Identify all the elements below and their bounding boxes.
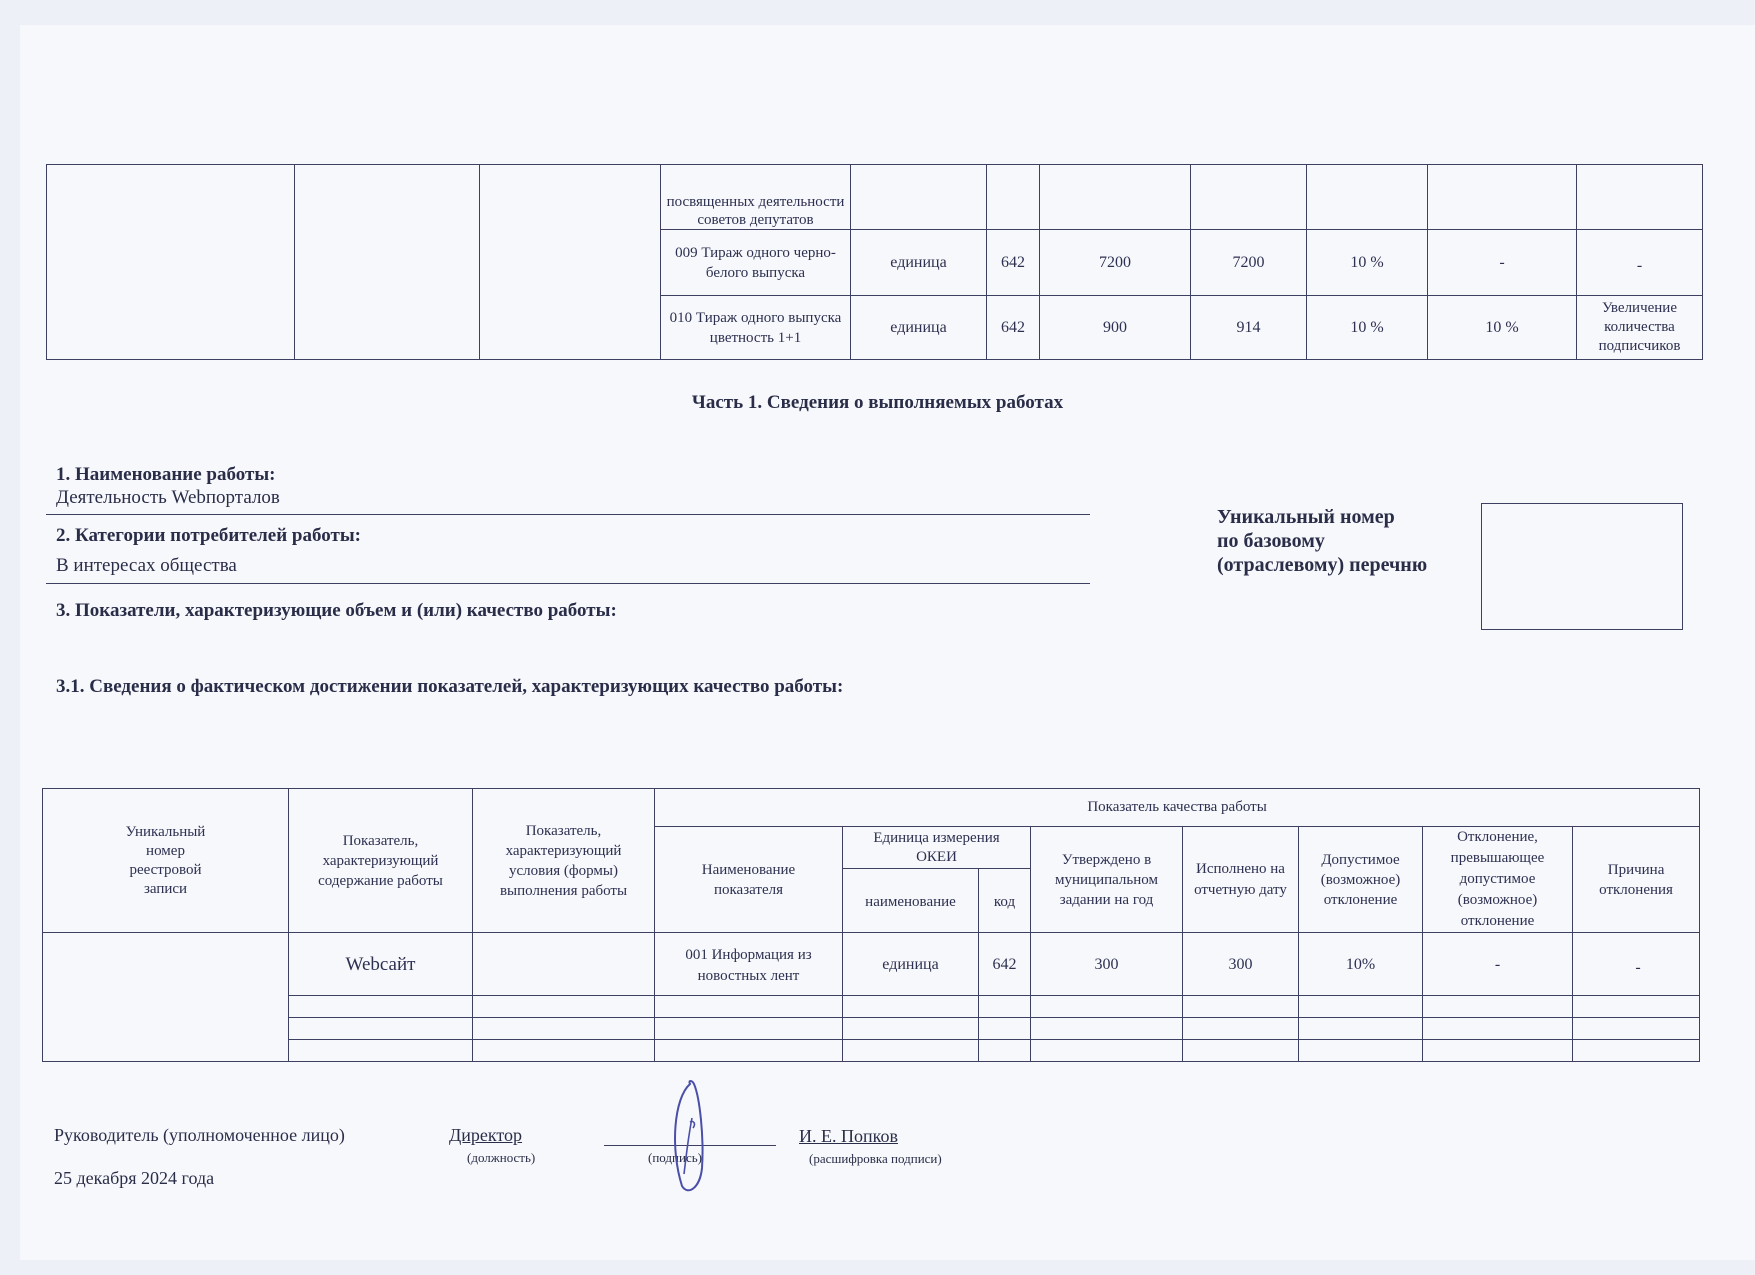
top-row-approved: 900 bbox=[1040, 296, 1191, 360]
row-exceeding: - bbox=[1423, 933, 1573, 996]
quality-row: Webсайт 001 Информация из новостных лент… bbox=[43, 933, 1700, 996]
quality-table: Уникальный номер реестровой записи Показ… bbox=[42, 788, 1700, 1062]
unique-number-line3: (отраслевому) перечню bbox=[1217, 553, 1427, 577]
top-row-unit: единица bbox=[851, 230, 987, 296]
empty-row bbox=[43, 1018, 1700, 1040]
unique-number-line1: Уникальный номер bbox=[1217, 505, 1427, 529]
top-row-approved bbox=[1040, 165, 1191, 230]
top-row-name: 009 Тираж одного черно-белого выпуска bbox=[661, 230, 851, 296]
top-row-allowed bbox=[1307, 165, 1428, 230]
row-executed: 300 bbox=[1183, 933, 1299, 996]
header-unit-code: код bbox=[979, 869, 1031, 933]
top-conditions-cell bbox=[480, 165, 661, 360]
quality-section-label: 3.1. Сведения о фактическом достижении п… bbox=[56, 676, 843, 698]
top-row-exceeding bbox=[1428, 165, 1577, 230]
top-row-code: 642 bbox=[987, 296, 1040, 360]
row-reason: - bbox=[1573, 933, 1700, 996]
top-row-name: 010 Тираж одного выпуска цветность 1+1 bbox=[661, 296, 851, 360]
top-row-name: посвященных деятельности советов депутат… bbox=[661, 165, 851, 230]
row-conditions bbox=[473, 933, 655, 996]
top-row-executed: 914 bbox=[1191, 296, 1307, 360]
header-content: Показатель, характеризующий содержание р… bbox=[289, 789, 473, 933]
header-quality-group: Показатель качества работы bbox=[655, 789, 1700, 827]
top-row-exceeding: - bbox=[1428, 230, 1577, 296]
top-row-allowed: 10 % bbox=[1307, 296, 1428, 360]
unique-number-label: Уникальный номер по базовому (отраслевом… bbox=[1217, 505, 1427, 577]
handwritten-signature-icon bbox=[660, 1078, 720, 1196]
signatory-name: И. Е. Попков bbox=[799, 1126, 898, 1147]
top-content-cell bbox=[295, 165, 480, 360]
top-row-code: 642 bbox=[987, 230, 1040, 296]
header-executed: Исполнено на отчетную дату bbox=[1183, 827, 1299, 933]
row-unit: единица bbox=[843, 933, 979, 996]
name-caption: (расшифровка подписи) bbox=[809, 1151, 942, 1167]
empty-row bbox=[43, 1040, 1700, 1062]
unique-number-field[interactable] bbox=[1481, 503, 1683, 630]
header-allowed: Допустимое (возможное) отклонение bbox=[1299, 827, 1423, 933]
top-row-approved: 7200 bbox=[1040, 230, 1191, 296]
unique-number-line2: по базовому bbox=[1217, 529, 1427, 553]
part-title: Часть 1. Сведения о выполняемых работах bbox=[0, 392, 1755, 414]
header-registry: Уникальный номер реестровой записи bbox=[43, 789, 289, 933]
consumers-underline bbox=[46, 583, 1090, 584]
header-unit-group: Единица измерения ОКЕИ bbox=[843, 827, 1031, 869]
row-name: 001 Информация из новостных лент bbox=[655, 933, 843, 996]
header-exceeding: Отклонение, превышающее допустимое (возм… bbox=[1423, 827, 1573, 933]
consumers-value: В интересах общества bbox=[56, 555, 237, 577]
row-code: 642 bbox=[979, 933, 1031, 996]
header-name: Наименование показателя bbox=[655, 827, 843, 933]
top-row-unit bbox=[851, 165, 987, 230]
signatory-position: Директор bbox=[449, 1125, 522, 1146]
row-approved: 300 bbox=[1031, 933, 1183, 996]
top-row-reason bbox=[1577, 165, 1703, 230]
top-row-allowed: 10 % bbox=[1307, 230, 1428, 296]
top-row-code bbox=[987, 165, 1040, 230]
consumers-label: 2. Категории потребителей работы: bbox=[56, 525, 361, 547]
row-allowed: 10% bbox=[1299, 933, 1423, 996]
top-row-reason: Увеличение количества подписчиков bbox=[1577, 296, 1703, 360]
header-reason: Причина отклонения bbox=[1573, 827, 1700, 933]
signatory-role: Руководитель (уполномоченное лицо) bbox=[54, 1125, 345, 1146]
top-registry-cell bbox=[47, 165, 295, 360]
header-unit-name: наименование bbox=[843, 869, 979, 933]
indicators-label: 3. Показатели, характеризующие объем и (… bbox=[56, 600, 617, 622]
top-quality-table: посвященных деятельности советов депутат… bbox=[46, 164, 1703, 360]
header-approved: Утверждено в муниципальном задании на го… bbox=[1031, 827, 1183, 933]
work-name-value: Деятельность Webпорталов bbox=[56, 487, 280, 509]
top-row-executed: 7200 bbox=[1191, 230, 1307, 296]
document-date: 25 декабря 2024 года bbox=[54, 1168, 214, 1189]
row-content: Webсайт bbox=[289, 933, 473, 996]
row-registry bbox=[43, 933, 289, 1062]
top-row-exceeding: 10 % bbox=[1428, 296, 1577, 360]
work-name-label: 1. Наименование работы: bbox=[56, 464, 275, 486]
empty-row bbox=[43, 996, 1700, 1018]
header-conditions: Показатель, характеризующий условия (фор… bbox=[473, 789, 655, 933]
position-caption: (должность) bbox=[467, 1150, 535, 1166]
top-row-unit: единица bbox=[851, 296, 987, 360]
work-name-underline bbox=[46, 514, 1090, 515]
top-row-executed bbox=[1191, 165, 1307, 230]
top-row-reason: - bbox=[1577, 230, 1703, 296]
